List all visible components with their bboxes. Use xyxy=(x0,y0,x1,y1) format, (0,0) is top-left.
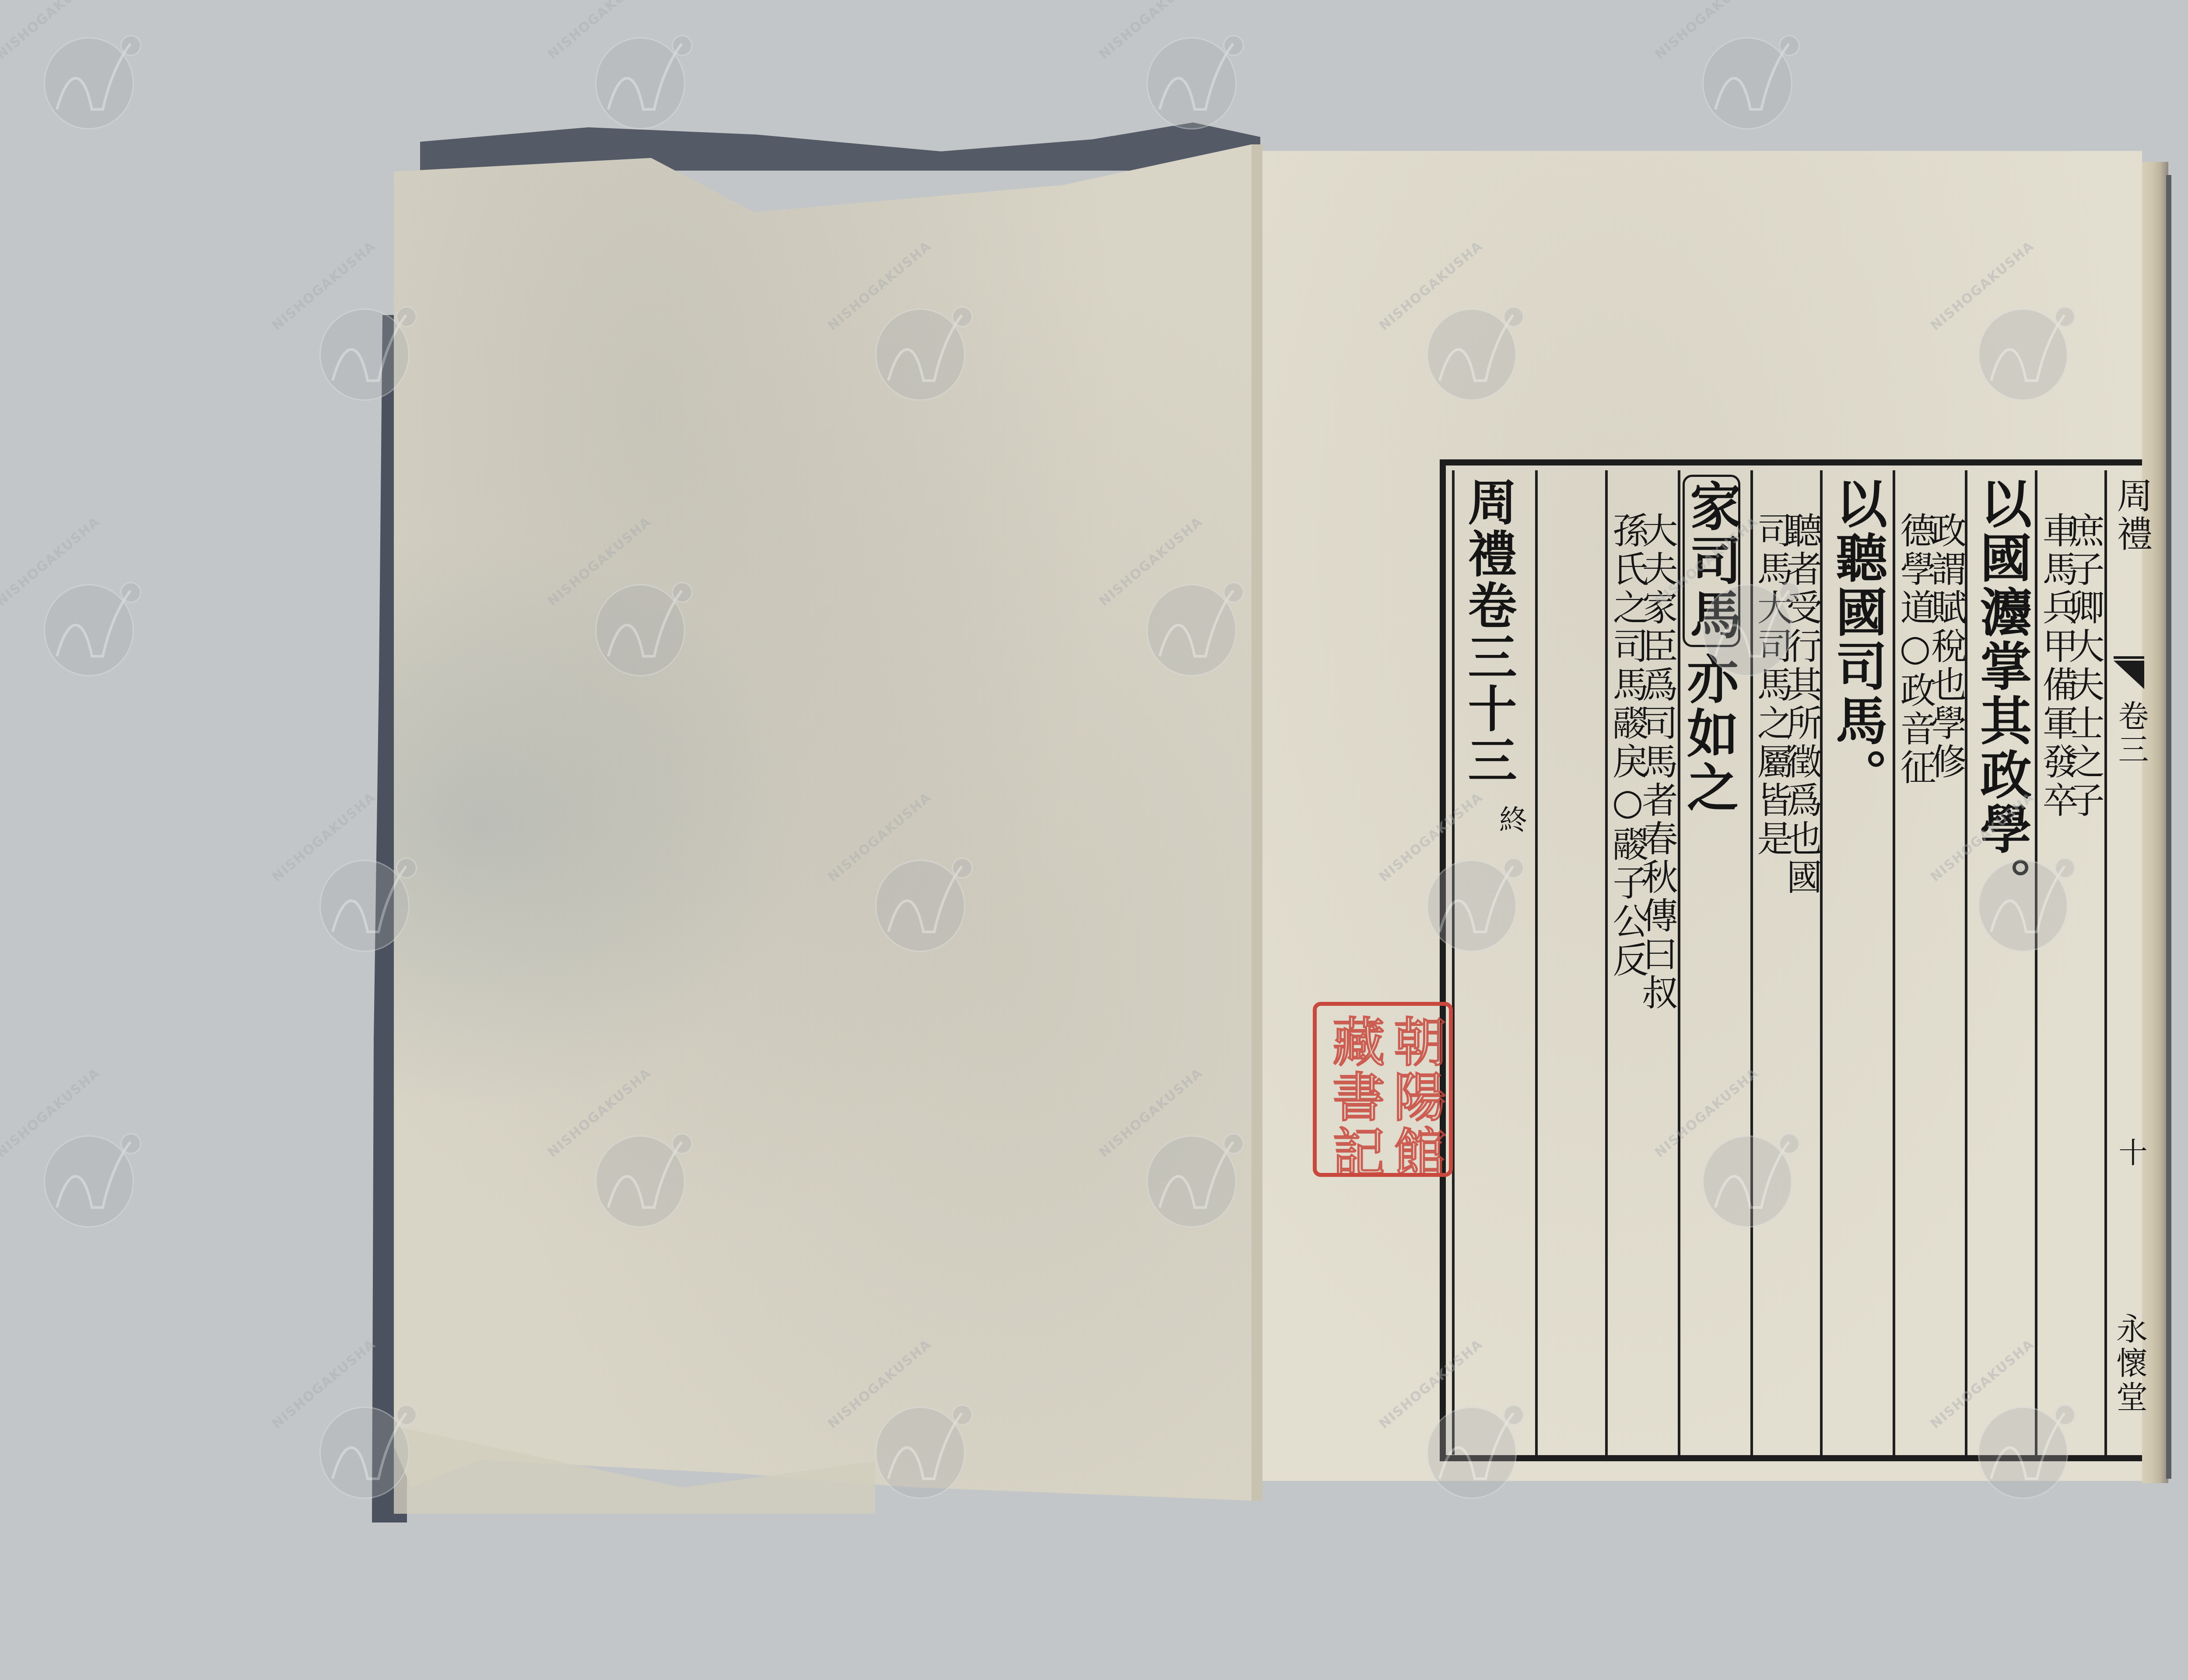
commentary-line: 司馬大司馬之屬皆是 xyxy=(1754,512,1790,858)
colophon-title: 周禮卷三十三 xyxy=(1464,477,1513,787)
print-frame-inner-line xyxy=(1452,470,1455,1455)
banxin-title: 周禮 xyxy=(2114,477,2149,554)
column-rule xyxy=(1678,470,1680,1457)
commentary-line: 孫氏之司馬鬷戾○鬷子公反 xyxy=(1609,512,1645,980)
commentary-line: 德學道○政音征 xyxy=(1897,512,1933,787)
main-text-line: 亦如之 xyxy=(1683,652,1734,815)
banxin-publisher: 永懷堂 xyxy=(2114,1312,2145,1415)
collector-seal: 朝陽館 藏書記 xyxy=(1313,1002,1453,1177)
cover-edge-right xyxy=(2166,175,2171,1479)
banxin-juan: 卷三 xyxy=(2116,700,2146,766)
main-text-line: 以聽國司馬。 xyxy=(1831,477,1883,802)
boxed-heading: 家司馬 xyxy=(1683,475,1740,647)
colophon-end-mark: 終 xyxy=(1497,805,1525,836)
column-rule xyxy=(1535,470,1538,1457)
main-text-line-boxed-group: 家司馬 亦如之 xyxy=(1683,475,1740,815)
banxin-page-number: 十 xyxy=(2116,1137,2145,1169)
cover-cloth-top-edge xyxy=(420,122,1260,171)
column-rule xyxy=(2104,470,2107,1457)
watermark-logo-icon: NISHOGAKUSHA xyxy=(1685,17,1799,131)
book-gutter xyxy=(1252,144,1262,1501)
back-cover-page xyxy=(394,144,1252,1501)
fish-tail-rule xyxy=(2114,656,2144,659)
page-stack-edge xyxy=(2142,162,2168,1483)
watermark-logo-icon: NISHOGAKUSHA xyxy=(578,17,691,131)
watermark-logo-icon: NISHOGAKUSHA xyxy=(26,1116,140,1229)
watermark-logo-icon: NISHOGAKUSHA xyxy=(1129,17,1243,131)
watermark-logo-icon: NISHOGAKUSHA xyxy=(26,564,140,678)
seal-text-left: 藏書記 xyxy=(1328,1015,1380,1180)
seal-text-right: 朝陽館 xyxy=(1389,1015,1441,1180)
main-text-line: 以國灋掌其政學。 xyxy=(1976,477,2027,911)
watermark-logo-icon: NISHOGAKUSHA xyxy=(26,17,140,131)
commentary-line: 車馬兵甲備軍發卒 xyxy=(2039,512,2075,820)
